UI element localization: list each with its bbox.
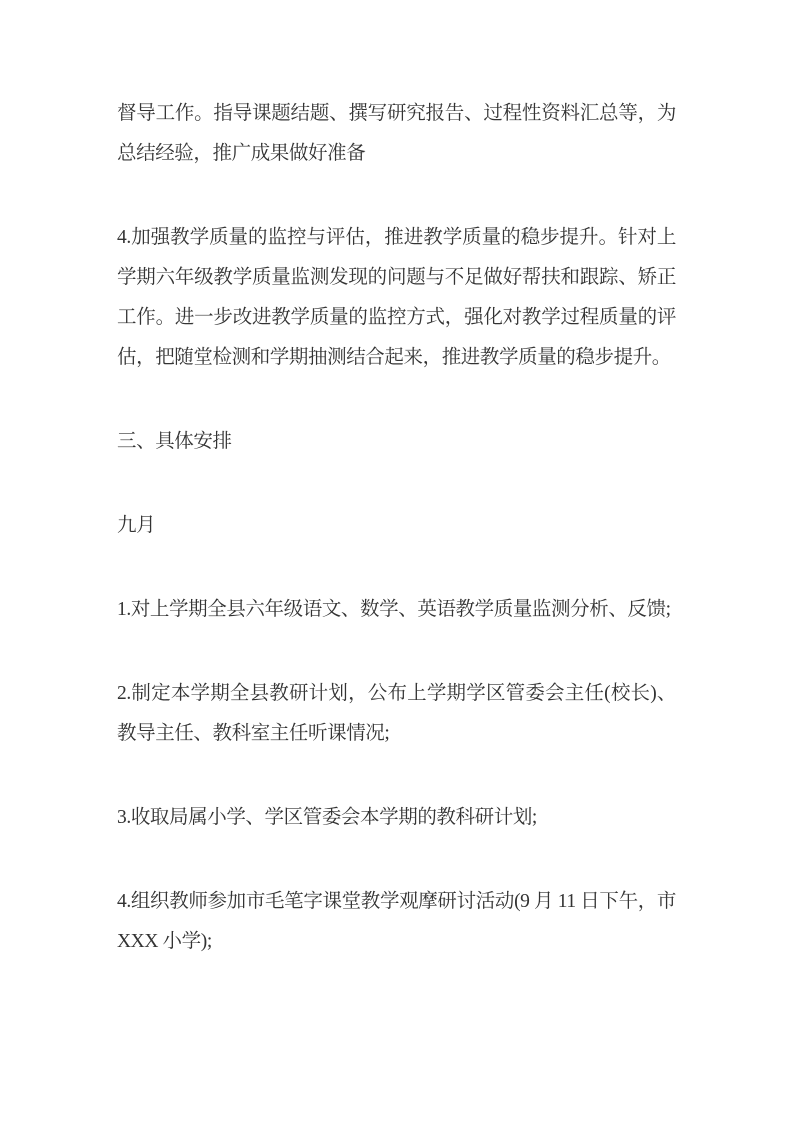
paragraph-supervision-continuation: 督导工作。指导课题结题、撰写研究报告、过程性资料汇总等，为总结经验，推广成果做好…	[117, 94, 676, 174]
september-item-3: 3.收取局属小学、学区管委会本学期的教科研计划;	[117, 798, 676, 838]
september-item-2: 2.制定本学期全县教研计划，公布上学期学区管委会主任(校长)、教导主任、教科室主…	[117, 674, 676, 754]
september-item-1: 1.对上学期全县六年级语文、数学、英语教学质量监测分析、反馈;	[117, 590, 676, 630]
paragraph-quality-monitoring: 4.加强教学质量的监控与评估，推进教学质量的稳步提升。针对上学期六年级教学质量监…	[117, 218, 676, 378]
section-heading-specific-arrangements: 三、具体安排	[117, 422, 676, 462]
september-item-4: 4.组织教师参加市毛笔字课堂教学观摩研讨活动(9 月 11 日下午，市XXX 小…	[117, 882, 676, 962]
month-heading-september: 九月	[117, 506, 676, 546]
document-page: 督导工作。指导课题结题、撰写研究报告、过程性资料汇总等，为总结经验，推广成果做好…	[0, 0, 793, 1122]
